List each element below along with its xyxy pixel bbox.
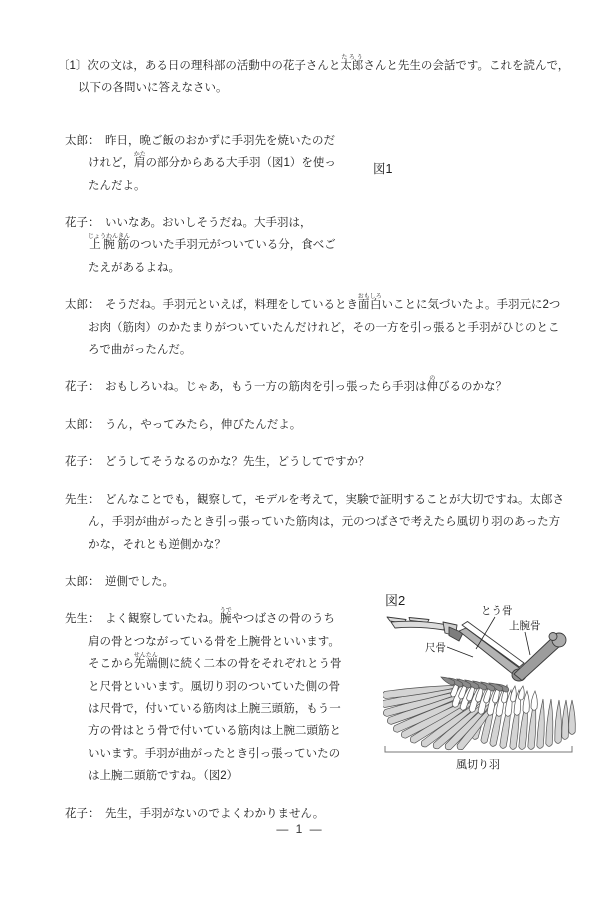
exam-page: 〔1〕次の文は，ある日の理科部の活動中の花子さんと太郎たろうさんと先生の会話です… [0,0,600,900]
utterance-text: いいなあ。おいしそうだね。大手羽は，上腕筋じょうわんきんのついた手羽元がついてい… [88,212,346,279]
utterance-text: どんなことでも，観察して，モデルを考えて，実験で証明することが大切ですね。太郎さ… [88,489,564,556]
dialogue-entry: 先生：どんなことでも，観察して，モデルを考えて，実験で証明することが大切ですね。… [88,489,564,556]
utterance-text: うん，やってみたら，伸びたんだよ。 [88,414,564,436]
dialogue-entry: 太郎：うん，やってみたら，伸びたんだよ。 [88,414,564,436]
ruby-word: 先端せんたん [134,658,158,670]
ruby-word: 太郎たろう [340,60,363,72]
ruby-word: 面白おもしろ [358,299,382,311]
figure2-container: 図2 [383,589,579,781]
figure1-label: 図1 [373,159,392,177]
ulna-label: 尺骨 [425,642,446,654]
speaker-label: 先生： [65,489,100,511]
dialogue-entry: 太郎：そうだね。手羽元といえば，料理をしているとき面白おもしろいことに気づいたよ… [88,294,564,361]
speaker-label: 太郎： [65,294,100,316]
dialogue-entry: 花子：どうしてそうなるのかな？先生，どうしてですか？ [88,451,564,473]
dialogue-entry: 花子：いいなあ。おいしそうだね。大手羽は，上腕筋じょうわんきんのついた手羽元がつ… [88,212,346,279]
utterance-text: おもしろいね。じゃあ，もう一方の筋肉を引っ張ったら手羽は伸のびるのかな？ [88,376,564,398]
utterance-text: よく観察していたね。腕うでやつばさの骨のうち肩の骨とつながっている骨を上腕骨とい… [88,608,346,787]
wing-diagram: 図2 [383,589,579,781]
speaker-label: 花子： [65,376,100,398]
utterance-text: どうしてそうなるのかな？先生，どうしてですか？ [88,451,564,473]
ruby-word: 伸の [427,381,439,393]
speaker-label: 太郎： [65,414,100,436]
radius-label: とう骨 [481,605,513,617]
ruby-word: 腕うで [220,613,232,625]
dialogue-entry: 花子：おもしろいね。じゃあ，もう一方の筋肉を引っ張ったら手羽は伸のびるのかな？ [88,376,564,398]
ruby-word: 上腕筋じょうわんきん [88,239,129,251]
hand-bones [387,617,463,641]
utterance-text: そうだね。手羽元といえば，料理をしているとき面白おもしろいことに気づいたよ。手羽… [88,294,564,361]
dialogue-entry: 太郎：昨日，晩ご飯のおかずに手羽先を焼いたのだけれど，肩かたの部分からある大手羽… [88,130,346,197]
utterance-text: 昨日，晩ご飯のおかずに手羽先を焼いたのだけれど，肩かたの部分からある大手羽（図1… [88,130,346,197]
figure2-caption: 風切り羽 [456,757,500,771]
speaker-label: 太郎： [65,571,100,593]
speaker-label: 太郎： [65,130,100,152]
speaker-label: 花子： [65,451,100,473]
ruby-word: 肩かた [134,157,146,169]
humerus-label: 上腕骨 [509,619,541,632]
page-number: — 1 — [0,822,600,836]
caption-bracket [385,746,572,752]
dialogue-entry: 先生：よく観察していたね。腕うでやつばさの骨のうち肩の骨とつながっている骨を上腕… [88,608,346,787]
problem-intro-text: 〔1〕次の文は，ある日の理科部の活動中の花子さんと太郎たろうさんと先生の会話です… [58,55,570,100]
speaker-label: 花子： [65,212,100,234]
figure2-label: 図2 [385,593,405,608]
wing-feathers [383,677,575,750]
speaker-label: 先生： [65,608,100,630]
